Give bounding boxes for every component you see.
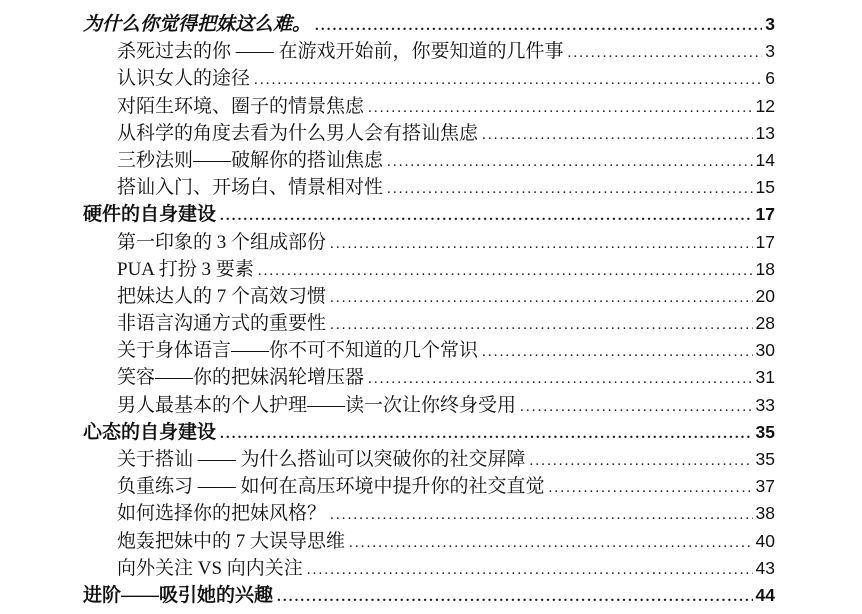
toc-entry-page-number: 3 — [765, 11, 775, 38]
toc-entry-title: 把妹达人的 7 个高效习惯 — [117, 283, 326, 310]
toc-entry[interactable]: 关于身体语言——你不可不知道的几个常识30 — [83, 337, 775, 364]
toc-entry-page-number: 43 — [756, 555, 775, 582]
dot-leader — [258, 258, 753, 285]
toc-entry-page-number: 6 — [765, 65, 775, 92]
toc-entry-page-number: 15 — [756, 174, 775, 201]
toc-entry-title: 关于搭讪 —— 为什么搭讪可以突破你的社交屏障 — [117, 446, 526, 473]
toc-entry-page-number: 37 — [756, 473, 775, 500]
toc-entry[interactable]: 非语言沟通方式的重要性28 — [83, 310, 775, 337]
toc-entry[interactable]: 搭讪入门、开场白、情景相对性15 — [83, 174, 775, 201]
toc-entry-page-number: 13 — [756, 120, 775, 147]
toc-entry-title: 炮轰把妹中的 7 大误导思维 — [117, 528, 345, 555]
dot-leader — [330, 285, 753, 312]
dot-leader — [368, 366, 753, 393]
toc-entry-title: 硬件的自身建设 — [83, 201, 216, 228]
toc-entry-page-number: 35 — [756, 419, 775, 446]
toc-entry-title: 关于身体语言——你不可不知道的几个常识 — [117, 337, 478, 364]
toc-entry[interactable]: 认识女人的途径6 — [83, 65, 775, 92]
dot-leader — [307, 557, 753, 584]
toc-entry[interactable]: 笑容——你的把妹涡轮增压器31 — [83, 364, 775, 391]
dot-leader — [254, 67, 762, 94]
toc-entry-title: 认识女人的途径 — [117, 65, 250, 92]
dot-leader — [330, 312, 753, 339]
toc-entry-page-number: 12 — [756, 93, 775, 120]
toc-entry-page-number: 17 — [756, 229, 775, 256]
toc-entry-title: 杀死过去的你 —— 在游戏开始前，你要知道的几件事 — [117, 38, 564, 65]
toc-entry-page-number: 38 — [756, 500, 775, 527]
toc-entry-page-number: 3 — [765, 38, 775, 65]
dot-leader — [220, 203, 753, 230]
table-of-contents: 为什么你觉得把妹这么难。3杀死过去的你 —— 在游戏开始前，你要知道的几件事3认… — [83, 11, 775, 609]
toc-entry-page-number: 31 — [756, 364, 775, 391]
toc-entry-title: 三秒法则——破解你的搭讪焦虑 — [117, 147, 383, 174]
toc-entry-page-number: 30 — [756, 337, 775, 364]
toc-entry[interactable]: PUA 打扮 3 要素18 — [83, 256, 775, 283]
dot-leader — [549, 475, 753, 502]
dot-leader — [349, 530, 753, 557]
toc-entry-title: 对陌生环境、圈子的情景焦虑 — [117, 93, 364, 120]
toc-entry-page-number: 20 — [756, 283, 775, 310]
dot-leader — [530, 448, 753, 475]
dot-leader — [387, 176, 753, 203]
toc-entry[interactable]: 炮轰把妹中的 7 大误导思维40 — [83, 528, 775, 555]
dot-leader — [277, 584, 753, 611]
toc-entry-page-number: 33 — [756, 392, 775, 419]
toc-entry-page-number: 14 — [756, 147, 775, 174]
toc-entry-title: 进阶——吸引她的兴趣 — [83, 582, 273, 609]
toc-entry[interactable]: 心态的自身建设35 — [83, 419, 775, 446]
toc-entry[interactable]: 为什么你觉得把妹这么难。3 — [83, 11, 775, 38]
toc-entry[interactable]: 把妹达人的 7 个高效习惯20 — [83, 283, 775, 310]
dot-leader — [220, 421, 753, 448]
toc-entry[interactable]: 男人最基本的个人护理——读一次让你终身受用33 — [83, 392, 775, 419]
toc-entry-title: 向外关注 VS 向内关注 — [117, 555, 303, 582]
dot-leader — [330, 231, 753, 258]
toc-entry[interactable]: 第一印象的 3 个组成部份17 — [83, 229, 775, 256]
toc-entry-page-number: 17 — [756, 201, 775, 228]
toc-entry-title: 搭讪入门、开场白、情景相对性 — [117, 174, 383, 201]
toc-entry-page-number: 28 — [756, 310, 775, 337]
toc-entry[interactable]: 进阶——吸引她的兴趣44 — [83, 582, 775, 609]
toc-entry[interactable]: 从科学的角度去看为什么男人会有搭讪焦虑13 — [83, 120, 775, 147]
toc-entry-title: 非语言沟通方式的重要性 — [117, 310, 326, 337]
toc-entry-title: 为什么你觉得把妹这么难。 — [83, 11, 311, 38]
toc-entry-title: 男人最基本的个人护理——读一次让你终身受用 — [117, 392, 516, 419]
toc-entry[interactable]: 硬件的自身建设17 — [83, 201, 775, 228]
toc-entry[interactable]: 关于搭讪 —— 为什么搭讪可以突破你的社交屏障35 — [83, 446, 775, 473]
toc-entry[interactable]: 杀死过去的你 —— 在游戏开始前，你要知道的几件事3 — [83, 38, 775, 65]
dot-leader — [315, 13, 762, 40]
dot-leader — [387, 149, 753, 176]
dot-leader — [368, 95, 753, 122]
toc-entry-page-number: 35 — [756, 446, 775, 473]
toc-entry[interactable]: 如何选择你的把妹风格？38 — [83, 500, 775, 527]
dot-leader — [482, 122, 753, 149]
dot-leader — [568, 40, 763, 67]
toc-entry-title: 第一印象的 3 个组成部份 — [117, 229, 326, 256]
toc-entry[interactable]: 向外关注 VS 向内关注43 — [83, 555, 775, 582]
dot-leader — [520, 394, 753, 421]
toc-entry-page-number: 18 — [756, 256, 775, 283]
dot-leader — [482, 339, 753, 366]
toc-entry-title: 如何选择你的把妹风格？ — [117, 500, 326, 527]
toc-entry[interactable]: 三秒法则——破解你的搭讪焦虑14 — [83, 147, 775, 174]
toc-entry[interactable]: 负重练习 —— 如何在高压环境中提升你的社交直觉37 — [83, 473, 775, 500]
document-page: 为什么你觉得把妹这么难。3杀死过去的你 —— 在游戏开始前，你要知道的几件事3认… — [0, 0, 862, 614]
toc-entry-title: 心态的自身建设 — [83, 419, 216, 446]
toc-entry-title: PUA 打扮 3 要素 — [117, 256, 254, 283]
toc-entry-title: 负重练习 —— 如何在高压环境中提升你的社交直觉 — [117, 473, 545, 500]
toc-entry-page-number: 44 — [756, 582, 775, 609]
toc-entry-title: 笑容——你的把妹涡轮增压器 — [117, 364, 364, 391]
toc-entry[interactable]: 对陌生环境、圈子的情景焦虑12 — [83, 93, 775, 120]
dot-leader — [330, 502, 753, 529]
toc-entry-page-number: 40 — [756, 528, 775, 555]
toc-entry-title: 从科学的角度去看为什么男人会有搭讪焦虑 — [117, 120, 478, 147]
